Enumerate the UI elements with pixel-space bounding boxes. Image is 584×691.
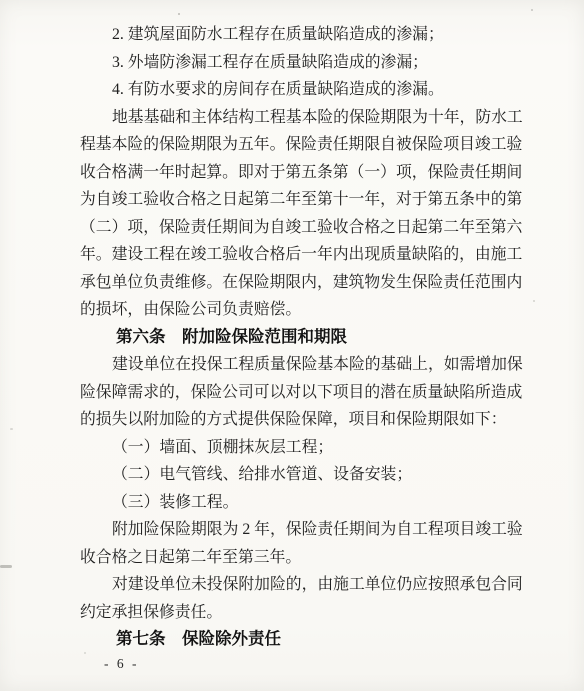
scan-speck [10, 428, 13, 430]
paragraph-line: 为自竣工验收合格之日起第二年至第十一年，对于第五条中的第 [80, 186, 530, 214]
list-item-two: （二）电气管线、给排水管道、设备安装； [80, 461, 530, 489]
list-item-one: （一）墙面、顶棚抹灰层工程； [80, 434, 530, 462]
list-item-4: 4. 有防水要求的房间存在质量缺陷造成的渗漏。 [80, 76, 530, 104]
paragraph-line: （二）项，保险责任期间为自竣工验收合格之日起第二年至第六 [80, 214, 530, 242]
scanned-page: 2. 建筑屋面防水工程存在质量缺陷造成的渗漏； 3. 外墙防渗漏工程存在质量缺陷… [0, 0, 584, 691]
paragraph-line: 承包单位负责维修。在保险期限内，建筑物发生保险责任范围内 [80, 269, 530, 297]
paragraph-line: 险保障需求的，保险公司可以对以下项目的潜在质量缺陷所造成 [80, 379, 530, 407]
paragraph-line: 收合格满一年时起算。即对于第五条第（一）项，保险责任期间 [80, 159, 530, 187]
paragraph-line: 程基本险的保险期限为五年。保险责任期限自被保险项目竣工验 [80, 131, 530, 159]
paragraph-line: 附加险保险期限为 2 年，保险责任期间为自工程项目竣工验 [80, 516, 530, 544]
scan-speck [178, 13, 180, 15]
scan-speck [533, 300, 535, 302]
page-number: - 6 - [104, 656, 139, 672]
scan-artifact-dash [0, 565, 12, 568]
document-body: 2. 建筑屋面防水工程存在质量缺陷造成的渗漏； 3. 外墙防渗漏工程存在质量缺陷… [80, 21, 530, 654]
list-item-three: （三）装修工程。 [80, 489, 530, 517]
list-item-3: 3. 外墙防渗漏工程存在质量缺陷造成的渗漏； [80, 49, 530, 77]
paragraph-line: 地基基础和主体结构工程基本险的保险期限为十年，防水工 [80, 104, 530, 132]
list-item-2: 2. 建筑屋面防水工程存在质量缺陷造成的渗漏； [80, 21, 530, 49]
paragraph-line: 的损失以附加险的方式提供保险保障，项目和保险期限如下： [80, 406, 530, 434]
article-heading-7: 第七条 保险除外责任 [80, 626, 530, 654]
paragraph-line: 对建设单位未投保附加险的，由施工单位仍应按照承包合同 [80, 571, 530, 599]
paragraph-line: 年。建设工程在竣工验收合格后一年内出现质量缺陷的，由施工 [80, 241, 530, 269]
paragraph-line: 建设单位在投保工程质量保险基本险的基础上，如需增加保 [80, 351, 530, 379]
article-heading-6: 第六条 附加险保险范围和期限 [80, 324, 530, 352]
paragraph-line: 的损坏，由保险公司负责赔偿。 [80, 296, 530, 324]
paragraph-line: 收合格之日起第二年至第三年。 [80, 544, 530, 572]
paragraph-line: 约定承担保修责任。 [80, 599, 530, 627]
scan-speck [531, 9, 533, 11]
scan-speck [239, 645, 241, 647]
scan-speck [84, 652, 86, 654]
